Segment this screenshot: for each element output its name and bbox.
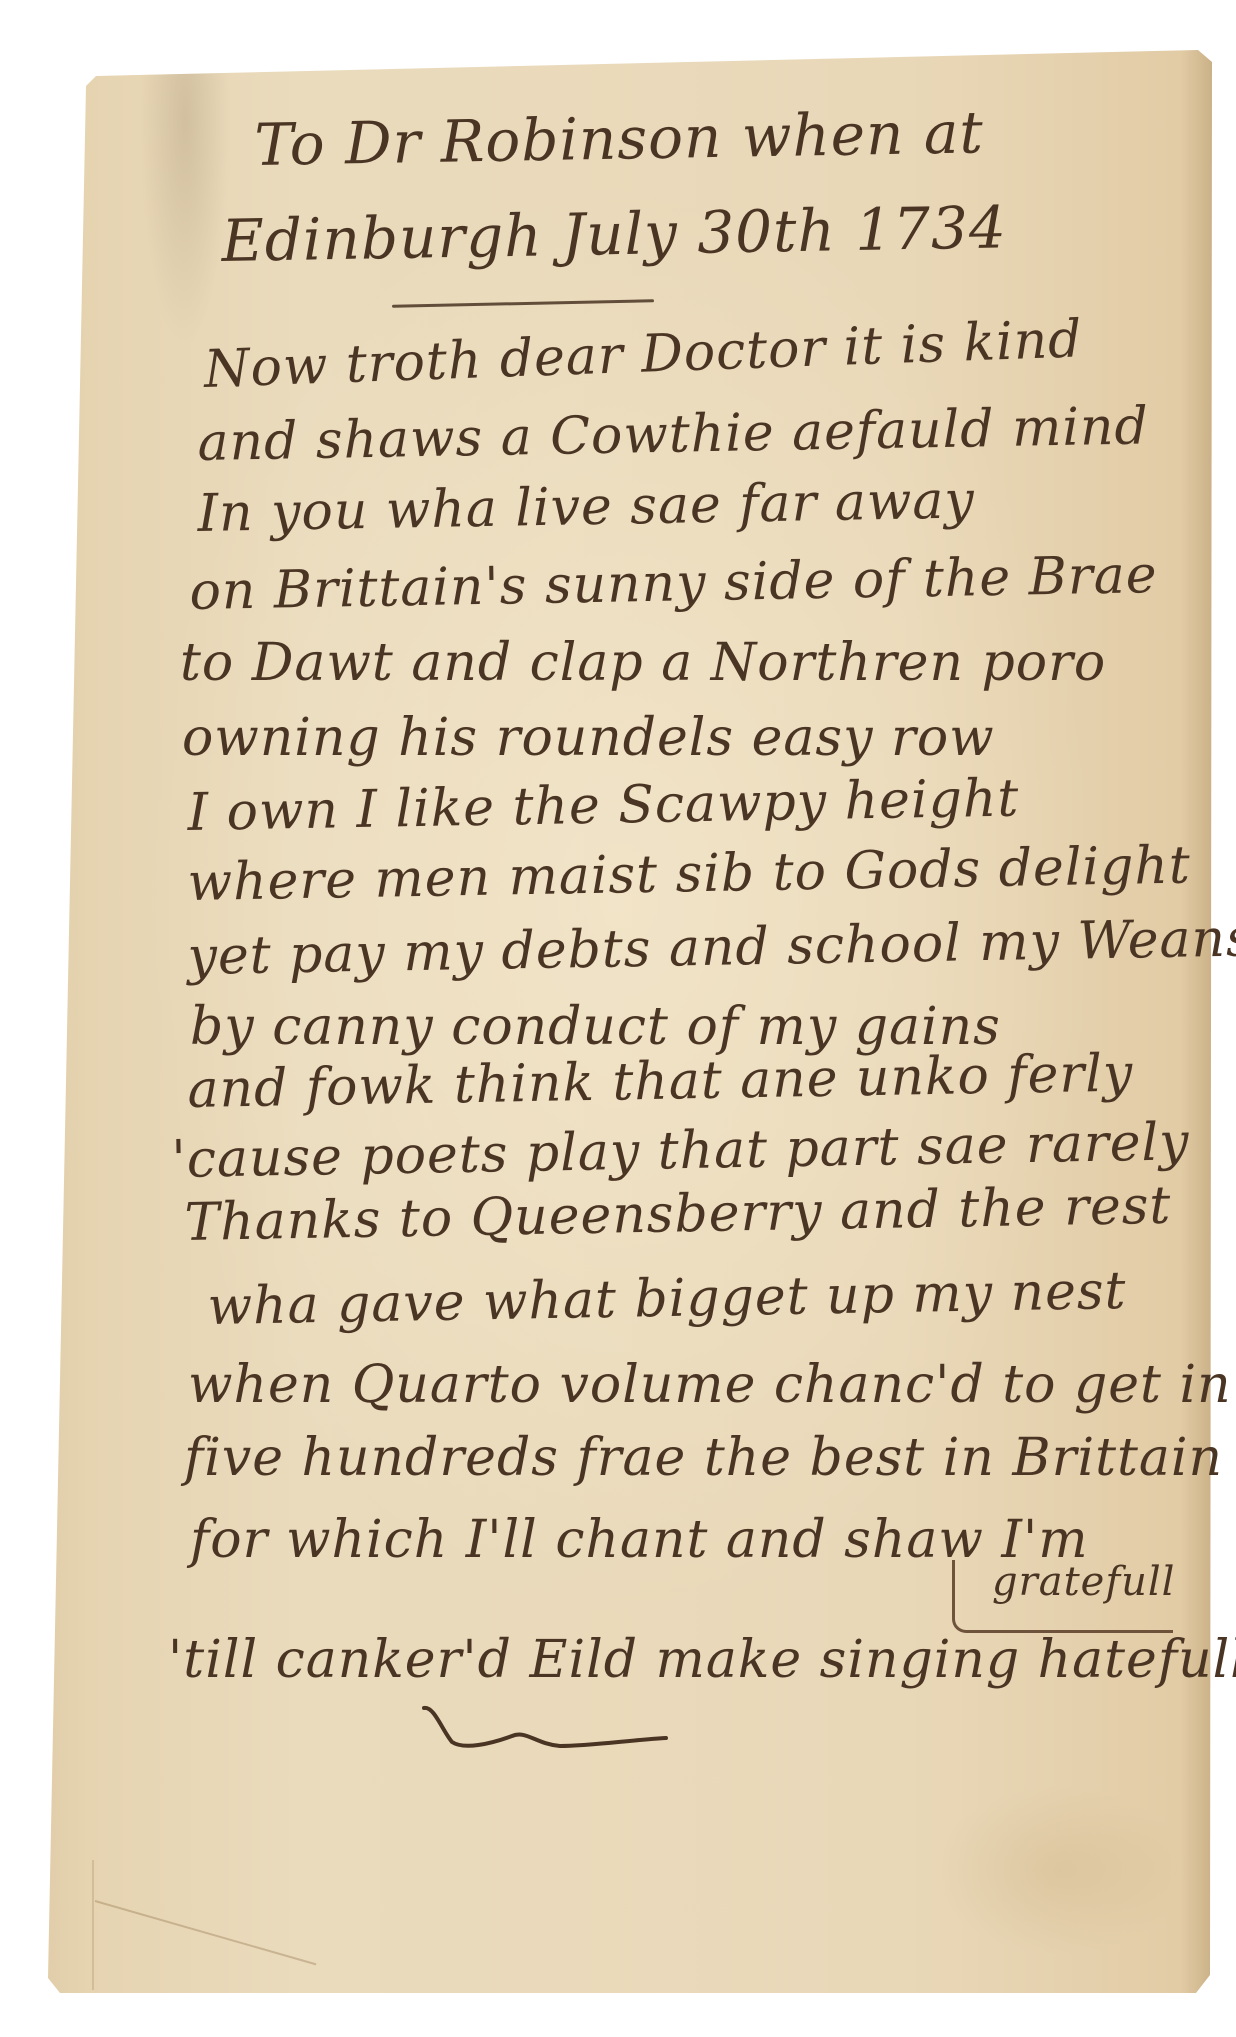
verse-line: five hundreds frae the best in Brittain xyxy=(184,1432,1223,1484)
paper-fold xyxy=(92,1860,94,1990)
insertion-bracket xyxy=(952,1560,1173,1633)
verse-line: and shaws a Cowthie aefauld mind xyxy=(197,400,1149,469)
verse-line: when Quarto volume chanc'd to get in xyxy=(188,1359,1232,1411)
verse-line: and fowk think that ane unko ferly xyxy=(187,1048,1134,1116)
heading-line-1: To Dr Robinson when at xyxy=(254,103,984,174)
verse-line: for which I'll chant and shaw I'm xyxy=(190,1514,1089,1566)
verse-line: 'till canker'd Eild make singing hateful… xyxy=(168,1634,1236,1686)
verse-line: In you wha live sae far away xyxy=(197,474,975,540)
verse-line: wha gave what bigget up my nest xyxy=(207,1265,1127,1333)
verse-line: by canny conduct of my gains xyxy=(190,1001,1001,1053)
heading-line-2: Edinburgh July 30th 1734 xyxy=(221,198,1007,270)
verse-line: I own I like the Scawpy height xyxy=(187,772,1020,839)
signature-flourish-icon xyxy=(420,1700,680,1770)
verse-line: owning his roundels easy row xyxy=(182,712,995,764)
verse-line: to Dawt and clap a Northren poro xyxy=(180,637,1106,689)
